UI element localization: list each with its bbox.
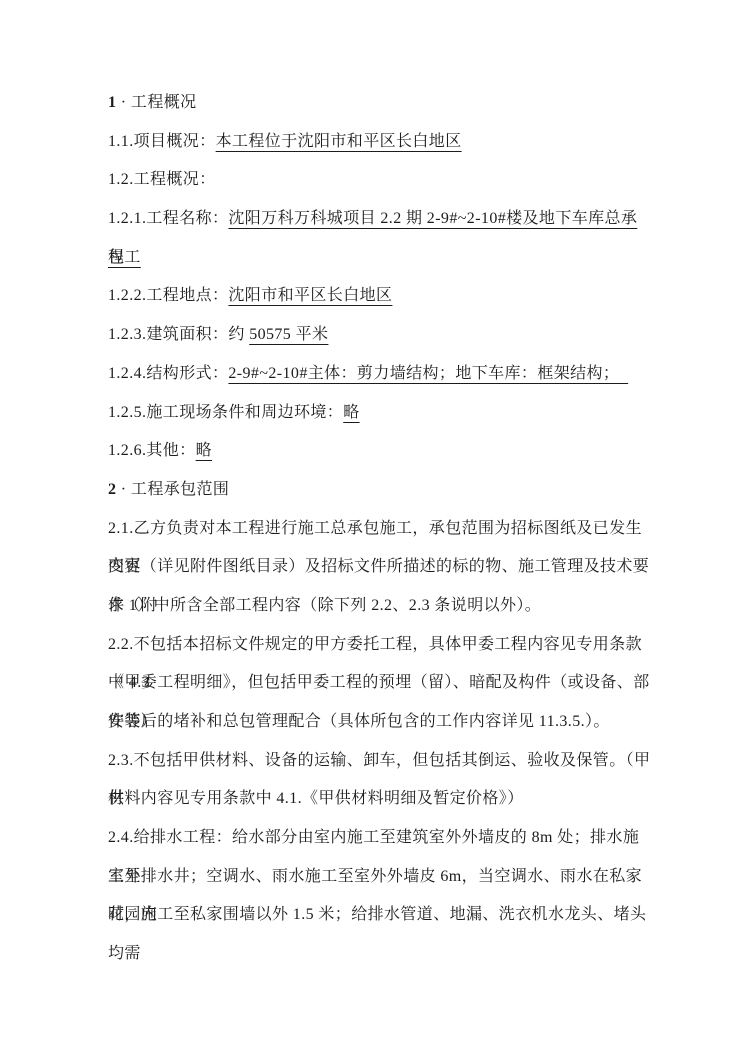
underlined-text-segment: 50575 平米 bbox=[249, 326, 328, 343]
document-line: 件 1）中所含全部工程内容（除下列 2.2、2.3 条说明以外）。 bbox=[108, 587, 653, 626]
document-line: 1.2.工程概况： bbox=[108, 161, 653, 200]
text-segment: 1.2.5.施工现场条件和周边环境： bbox=[108, 404, 343, 421]
document-line: 1.2.1.工程名称：沈阳万科万科城项目 2.2 期 2-9#~2-10#楼及地… bbox=[108, 200, 653, 239]
document-line: 1.2.2.工程地点：沈阳市和平区长白地区 bbox=[108, 277, 653, 316]
document-line: 2.1.乙方负责对本工程进行施工总承包施工，承包范围为招标图纸及已发生变更 bbox=[108, 510, 653, 549]
document-line: 1.2.6.其他：略 bbox=[108, 432, 653, 471]
underlined-text-segment: 沈阳市和平区长白地区 bbox=[228, 287, 392, 304]
document-line: 1.2.4.结构形式：2-9#~2-10#主体：剪力墙结构；地下车库：框架结构； bbox=[108, 355, 653, 394]
text-segment: 1.2.工程概况： bbox=[108, 171, 216, 188]
document-line: 2 · 工程承包范围 bbox=[108, 471, 653, 510]
underlined-text-segment: 略 bbox=[343, 404, 359, 421]
text-segment: 1.2.3.建筑面积：约 bbox=[108, 326, 249, 343]
underlined-text-segment: 本工程位于沈阳市和平区长白地区 bbox=[216, 133, 462, 150]
text-segment: 1.2.4.结构形式： bbox=[108, 365, 228, 382]
text-segment: · 工程承包范围 bbox=[116, 481, 229, 498]
document-line: 1 · 工程概况 bbox=[108, 84, 653, 123]
document-content: 1 · 工程概况1.1.项目概况：本工程位于沈阳市和平区长白地区1.2.工程概况… bbox=[108, 84, 653, 935]
document-line: 材料内容见专用条款中 4.1.《甲供材料明细及暂定价格》） bbox=[108, 780, 653, 819]
document-line: 安装后的堵补和总包管理配合（具体所包含的工作内容详见 11.3.5.）。 bbox=[108, 703, 653, 742]
document-line: 时，施工至私家围墙以外 1.5 米；给排水管道、地漏、洗衣机水龙头、堵头均需 bbox=[108, 896, 653, 935]
document-line: 《甲委工程明细》，但包括甲委工程的预埋（留）、暗配及构件（或设备、部件等） bbox=[108, 664, 653, 703]
document-line: 1.2.5.施工现场条件和周边环境：略 bbox=[108, 394, 653, 433]
text-segment: 1.1.项目概况： bbox=[108, 133, 216, 150]
underlined-text-segment: 2-9#~2-10#主体：剪力墙结构；地下车库：框架结构； bbox=[228, 365, 628, 382]
document-line: 1.1.项目概况：本工程位于沈阳市和平区长白地区 bbox=[108, 123, 653, 162]
text-segment: 时，施工至私家围墙以外 1.5 米；给排水管道、地漏、洗衣机水龙头、堵头均需 bbox=[108, 906, 646, 962]
document-line: 2.2.不包括本招标文件规定的甲方委托工程，具体甲委工程内容见专用条款中 4.3 bbox=[108, 626, 653, 665]
document-line: 2.3.不包括甲供材料、设备的运输、卸车，但包括其倒运、验收及保管。（甲供 bbox=[108, 742, 653, 781]
text-segment: 1.2.2.工程地点： bbox=[108, 287, 228, 304]
text-segment: 1.2.6.其他： bbox=[108, 442, 196, 459]
document-line: 1.2.3.建筑面积：约 50575 平米 bbox=[108, 316, 653, 355]
document-line: 2.4.给排水工程：给水部分由室内施工至建筑室外外墙皮的 8m 处；排水施工至 bbox=[108, 819, 653, 858]
underlined-text-segment: 程 bbox=[108, 249, 124, 266]
document-line: 室外排水井；空调水、雨水施工至室外外墙皮 6m，当空调水、雨水在私家花园内 bbox=[108, 858, 653, 897]
text-segment: · 工程概况 bbox=[116, 94, 196, 111]
text-segment: 安装后的堵补和总包管理配合（具体所包含的工作内容详见 11.3.5.）。 bbox=[108, 713, 610, 730]
underlined-text-segment: 略 bbox=[196, 442, 212, 459]
text-segment: 1.2.1.工程名称： bbox=[108, 210, 228, 227]
document-line: 程 bbox=[108, 239, 653, 278]
document-line: 内容（详见附件图纸目录）及招标文件所描述的标的物、施工管理及技术要求（附 bbox=[108, 548, 653, 587]
document-page: 1 · 工程概况1.1.项目概况：本工程位于沈阳市和平区长白地区1.2.工程概况… bbox=[0, 0, 744, 1052]
text-segment: 材料内容见专用条款中 4.1.《甲供材料明细及暂定价格》） bbox=[108, 790, 524, 807]
text-segment: 件 1）中所含全部工程内容（除下列 2.2、2.3 条说明以外）。 bbox=[108, 597, 541, 614]
